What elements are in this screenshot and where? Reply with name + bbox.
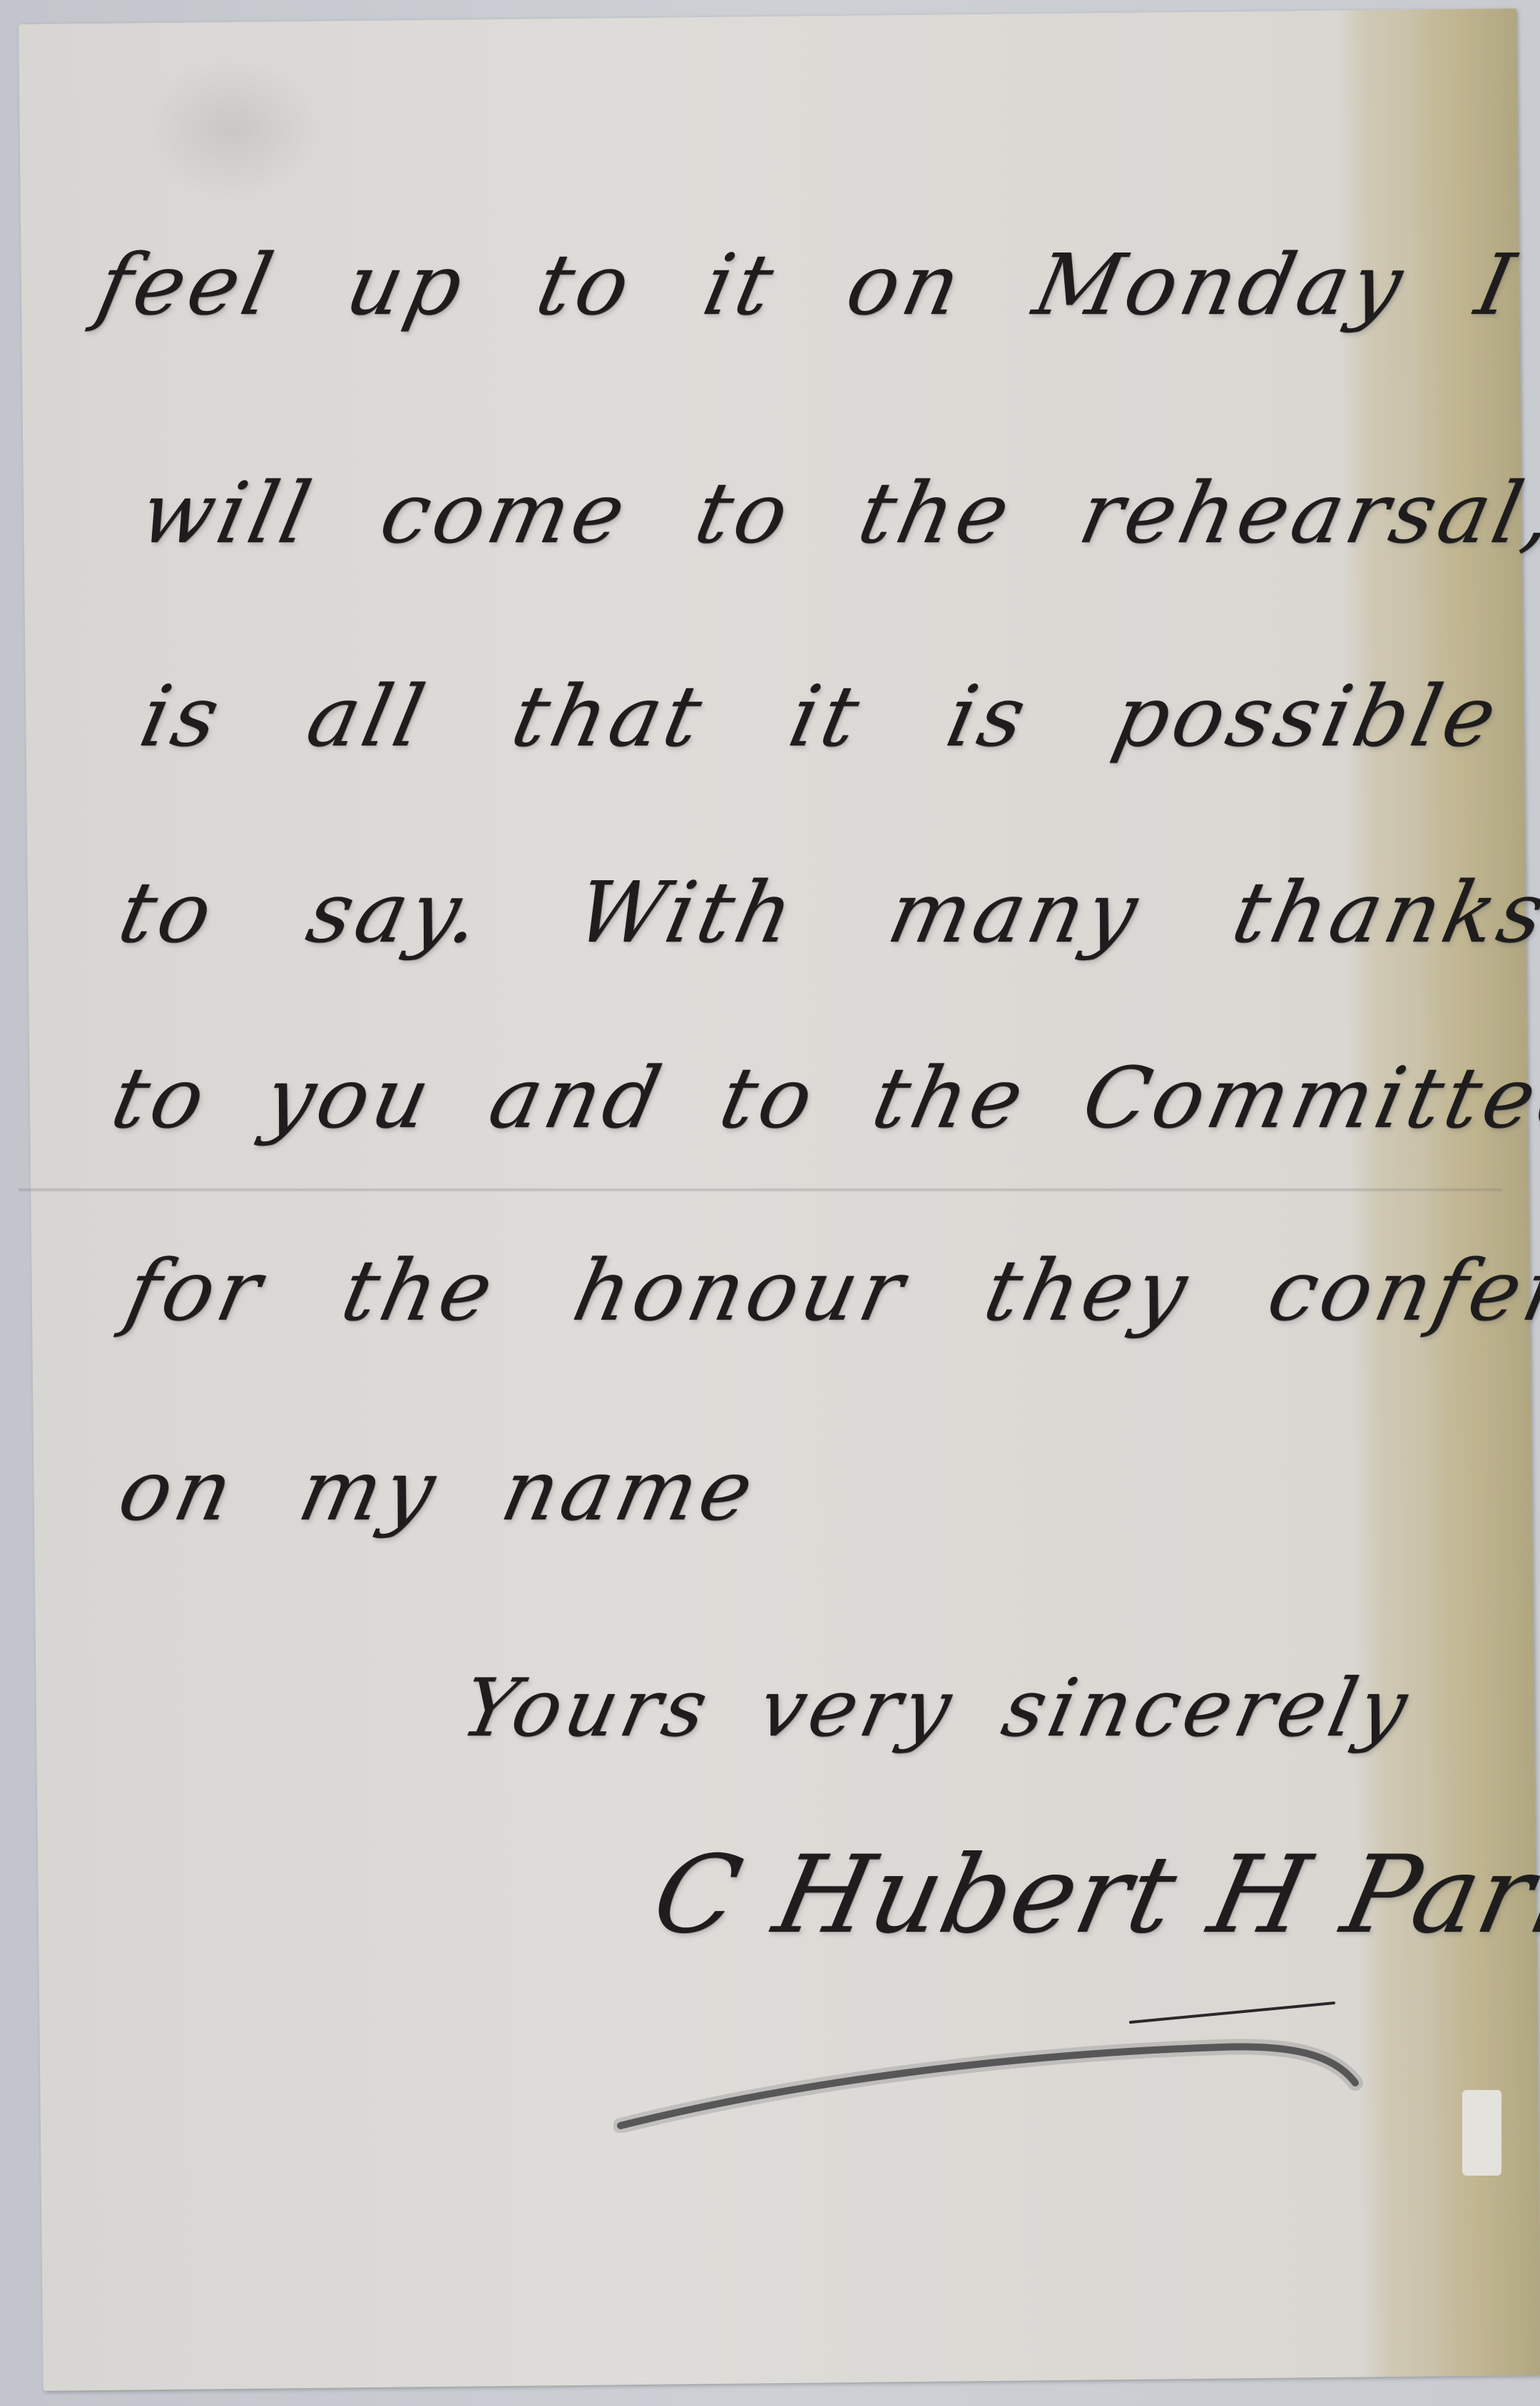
letter-line-4: to say. With many thanks [111, 863, 1540, 962]
letter-closing: Yours very sincerely [454, 1662, 1419, 1755]
letter-line-5: to you and to the Committee [103, 1049, 1540, 1147]
letter-body: feel up to it on Monday I will come to t… [0, 0, 1540, 2406]
letter-line-3: is all that it is possible [132, 667, 1509, 765]
letter-line-2: will come to the rehearsal, that [132, 464, 1540, 562]
signature: C Hubert H Parry [643, 1833, 1540, 1957]
signature-flourish-icon [613, 2026, 1370, 2133]
letter-line-6: for the honour they confer [118, 1241, 1540, 1340]
letter-line-1: feel up to it on Monday I [89, 235, 1526, 334]
letter-line-7: on my name [111, 1441, 765, 1539]
signature-underline-icon [1127, 1997, 1341, 2026]
